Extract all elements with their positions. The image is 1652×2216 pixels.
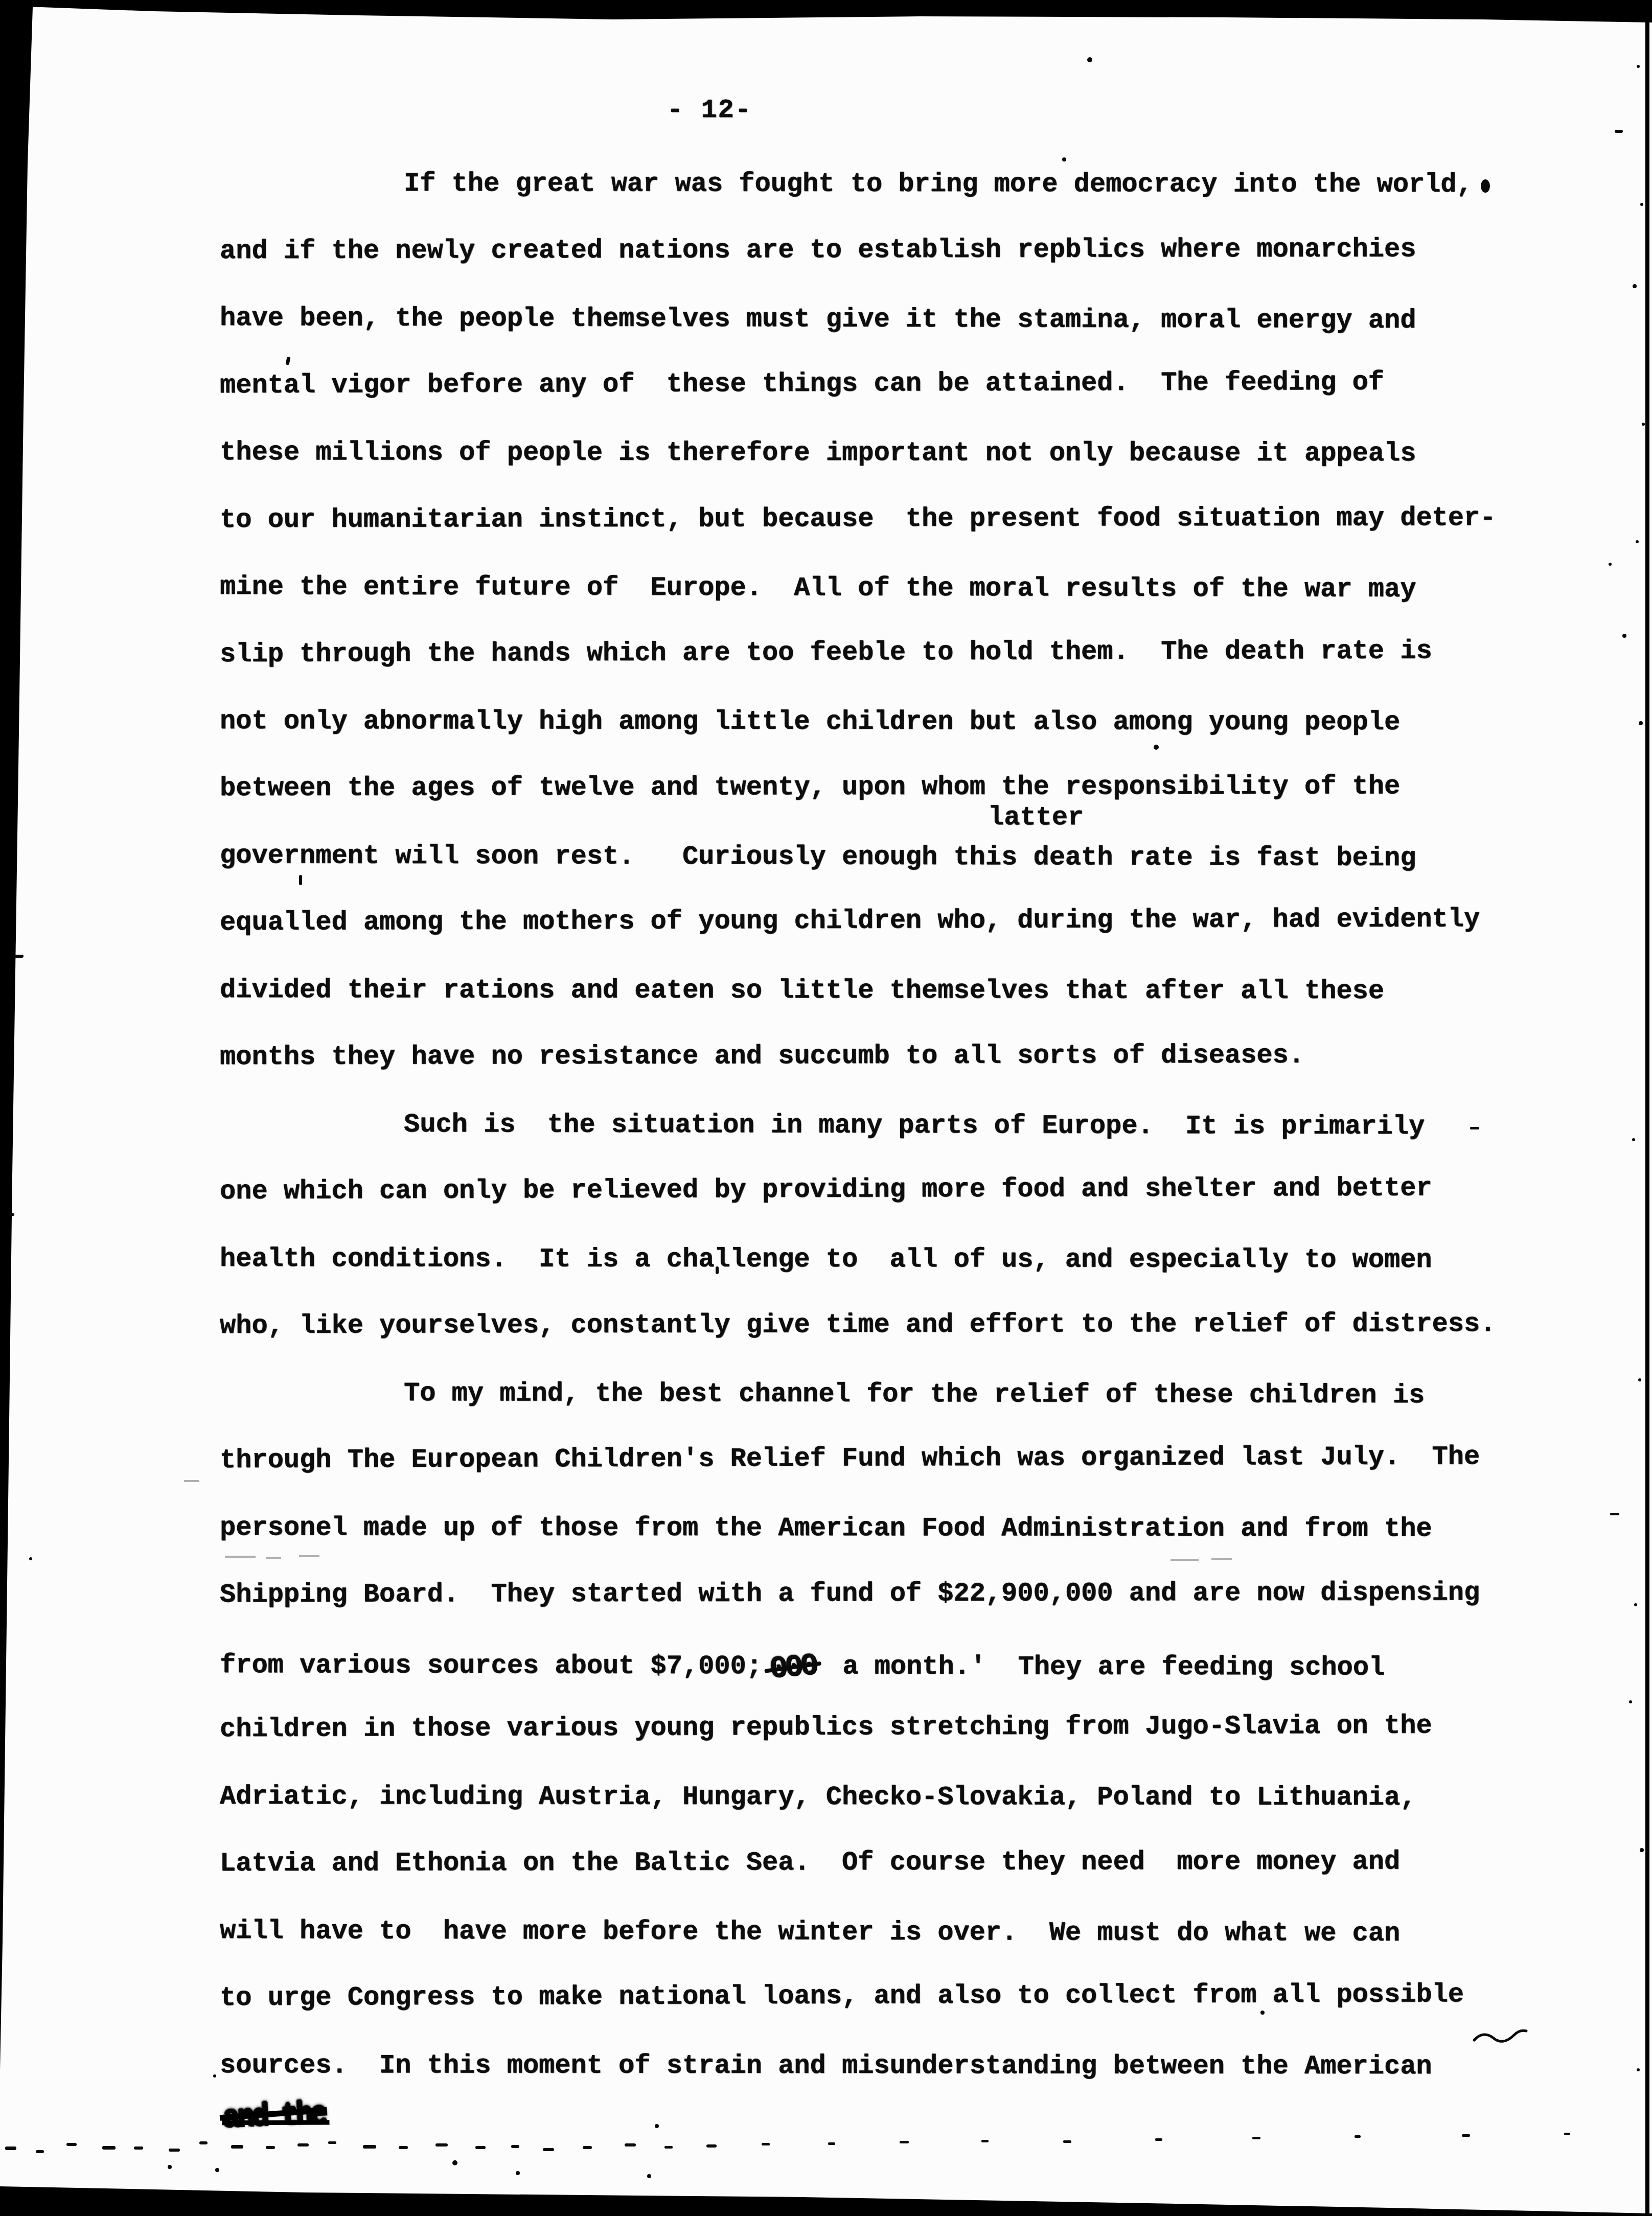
typed-line: mine the entire future of Europe. All of… <box>220 572 1416 605</box>
typed-line: one which can only be relieved by provid… <box>220 1173 1432 1207</box>
typed-line: will have to have more before the winter… <box>220 1916 1400 1949</box>
typed-line: Such is the situation in many parts of E… <box>404 1110 1425 1142</box>
typed-line: who, like yourselves, constantly give ti… <box>220 1309 1496 1342</box>
typed-line: mental vigor before any of these things … <box>220 367 1384 401</box>
typed-line: these millions of people is therefore im… <box>220 437 1416 469</box>
typed-line: sources. In this moment of strain and mi… <box>220 2050 1432 2082</box>
typed-text: a month.' They are feeding school <box>827 1651 1385 1682</box>
struck-out-handwriting: and the <box>222 2095 326 2137</box>
typed-line: If the great war was fought to bring mor… <box>404 169 1473 200</box>
typed-line: divided their rations and eaten so littl… <box>220 975 1384 1007</box>
scan-edge-left <box>0 0 33 2070</box>
typed-line-with-strikeout: from various sources about $7,000;000 a … <box>220 1647 1385 1685</box>
typed-line: Latvia and Ethonia on the Baltic Sea. Of… <box>220 1846 1400 1879</box>
typed-line: and if the newly created nations are to … <box>220 234 1416 266</box>
typed-line: not only abnormally high among little ch… <box>220 706 1400 738</box>
document-page: - 12- If the great war was fought to bri… <box>0 0 1652 2216</box>
typed-line: To my mind, the best channel for the rel… <box>404 1378 1425 1411</box>
struck-out-correction: 000 <box>768 1649 817 1688</box>
typed-line: health conditions. It is a challenge to … <box>220 1244 1432 1276</box>
typed-line: equalled among the mothers of young chil… <box>220 904 1480 938</box>
typed-line: months they have no resistance and succu… <box>220 1041 1304 1073</box>
typed-line: Adriatic, including Austria, Hungary, Ch… <box>220 1782 1416 1813</box>
typed-line: slip through the hands which are too fee… <box>220 636 1432 670</box>
scan-edge-bottom <box>0 2186 1652 2216</box>
inserted-word: latter <box>988 802 1084 833</box>
typed-line: through The European Children's Relief F… <box>220 1442 1480 1476</box>
typed-line: children in those various young republic… <box>220 1711 1432 1744</box>
typed-line: to urge Congress to make national loans,… <box>220 1979 1464 2014</box>
typed-line: Shipping Board. They started with a fund… <box>220 1578 1480 1610</box>
typed-line: government will soon rest. Curiously eno… <box>220 841 1416 874</box>
page-number: - 12- <box>667 95 752 125</box>
scan-edge-right <box>1645 15 1649 2216</box>
typed-line: to our humanitarian instinct, but becaus… <box>220 503 1496 536</box>
pen-squiggle <box>1474 2030 1526 2041</box>
scan-edge-top <box>0 0 1652 22</box>
typed-line: have been, the people themselves must gi… <box>220 303 1416 336</box>
typed-line: personel made up of those from the Ameri… <box>220 1513 1432 1544</box>
typed-line: between the ages of twelve and twenty, u… <box>220 771 1400 803</box>
typed-text: from various sources about $7,000; <box>220 1650 762 1681</box>
